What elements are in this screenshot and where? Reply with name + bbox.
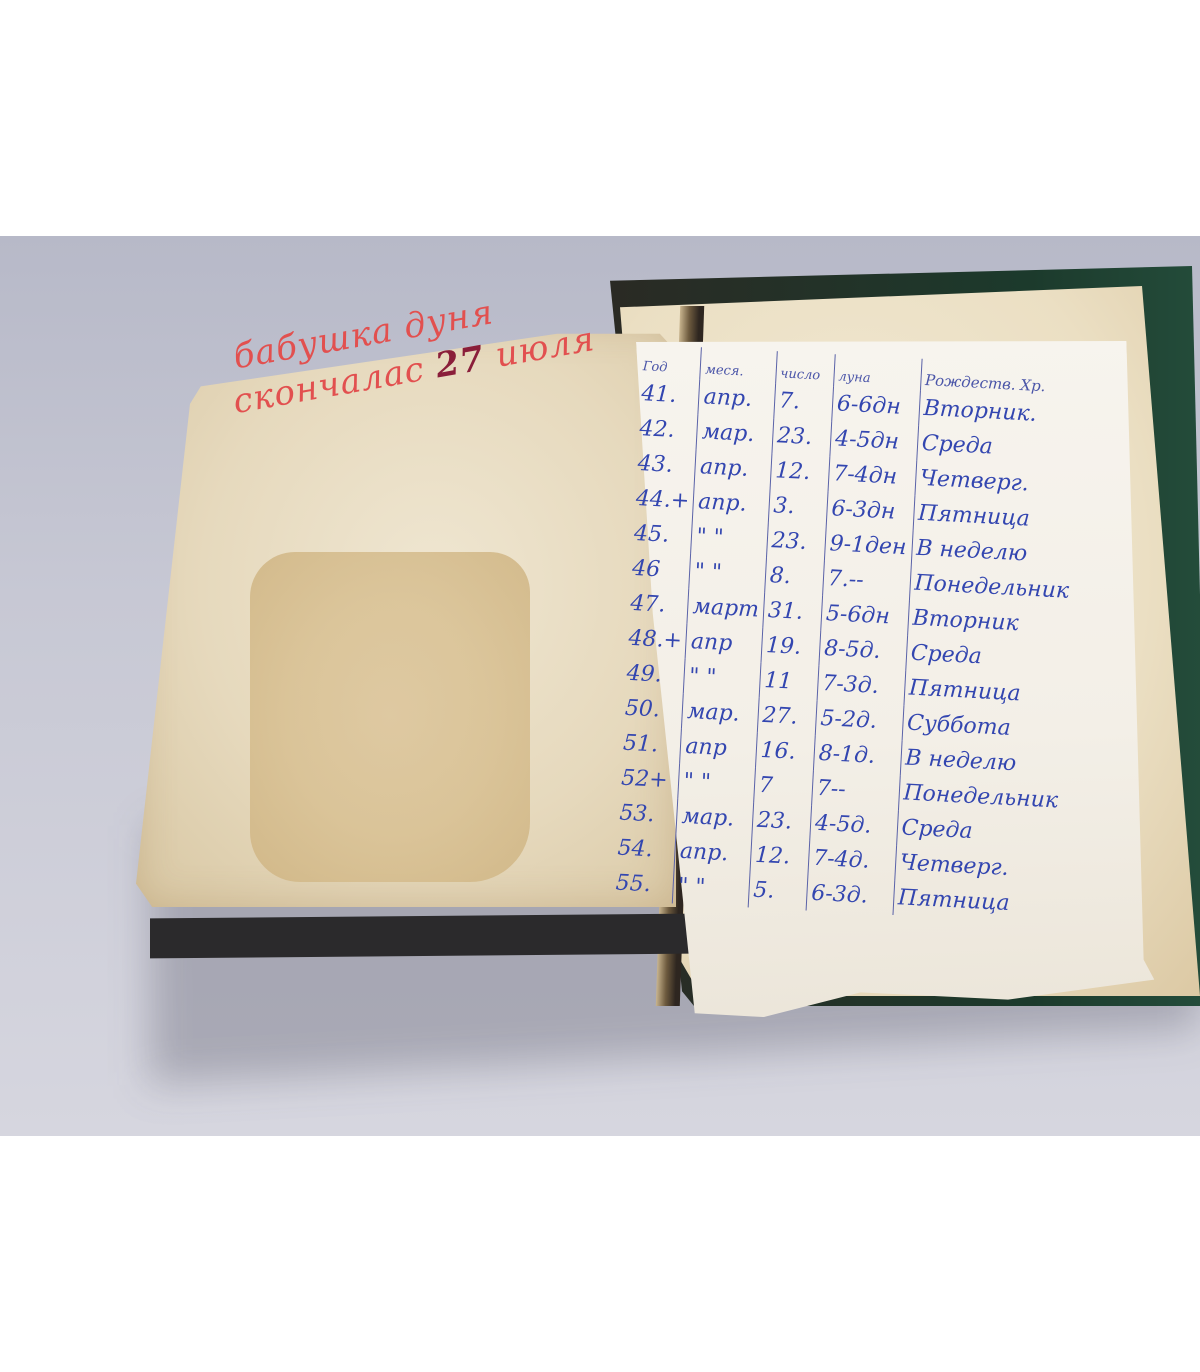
cell-moon: 4-5дн (830, 421, 918, 460)
cell-month: " " (673, 869, 750, 908)
cell-year: 54. (613, 830, 677, 868)
cell-moon: 8-1д. (813, 736, 901, 775)
note-day: 27 (432, 338, 488, 386)
cell-moon: 7-- (811, 771, 899, 810)
ledger-table: Год меся. число луна Рождеств. Хр. 41.ап… (611, 344, 1119, 925)
cell-year: 53. (615, 795, 679, 833)
header-day: число (775, 351, 835, 386)
cell-moon: 5-2д. (815, 701, 903, 740)
cell-year: 51. (618, 725, 682, 763)
cell-year: 47. (626, 586, 690, 624)
cell-month: " " (689, 554, 766, 593)
cell-moon: 7-4д. (808, 841, 896, 880)
cell-month: мар. (696, 414, 773, 453)
cell-moon: 6-3д. (806, 876, 894, 915)
ledger-body: 41.апр.7.6-6днВторник.42.мар.23.4-5днСре… (611, 376, 1118, 925)
cell-day: 23. (766, 523, 826, 561)
cell-day: 7. (774, 383, 834, 421)
cell-day: 23. (752, 803, 812, 841)
cell-year: 43. (633, 446, 697, 484)
cell-moon: 6-6дн (832, 386, 920, 425)
handwritten-easter-table: Год меся. число луна Рождеств. Хр. 41.ап… (611, 344, 1119, 925)
book-front-cover-edge (150, 914, 690, 959)
cell-year: 50. (620, 691, 684, 729)
cell-moon: 7-4дн (828, 456, 916, 495)
cell-month: " " (684, 659, 761, 698)
cell-day: 3. (768, 488, 828, 526)
cell-month: март (687, 589, 764, 628)
cell-year: 55. (611, 865, 675, 903)
cell-year: 44.+ (631, 481, 695, 519)
cell-year: 52+ (616, 760, 680, 798)
cell-year: 49. (622, 656, 686, 694)
cell-day: 12. (750, 838, 810, 876)
cell-day: 16. (755, 733, 815, 771)
cell-month: мар. (676, 799, 753, 838)
cell-month: " " (678, 764, 755, 803)
cell-year: 48.+ (624, 621, 688, 659)
cell-year: 42. (635, 411, 699, 449)
cell-month: апр. (698, 379, 775, 418)
cell-day: 19. (761, 628, 821, 666)
cell-month: " " (691, 519, 768, 558)
cell-day: 7 (753, 768, 813, 806)
cell-year: 45. (629, 516, 693, 554)
cell-month: апр. (675, 834, 752, 873)
cell-day: 23. (772, 418, 832, 456)
cell-month: апр (686, 624, 763, 663)
cell-month: апр. (695, 449, 772, 488)
cell-day: 31. (763, 593, 823, 631)
cell-year: 41. (636, 376, 700, 414)
cell-month: мар. (682, 694, 759, 733)
cell-moon: 4-5д. (810, 806, 898, 845)
cell-year: 46 (627, 551, 691, 589)
cell-day: 5. (748, 872, 808, 910)
cell-month: апр. (693, 484, 770, 523)
cell-day: 11 (759, 663, 819, 701)
header-moon: луна (833, 354, 921, 390)
photo: бабушка дуня скончалас 27 июля Год меся.… (0, 236, 1200, 1136)
cell-moon: 7-3д. (817, 666, 905, 705)
cell-day: 12. (770, 453, 830, 491)
header-month: меся. (700, 347, 777, 383)
cell-moon: 7.-- (822, 561, 910, 600)
cell-moon: 9-1ден (824, 526, 912, 565)
cell-day: 27. (757, 698, 817, 736)
cell-month: апр (680, 729, 757, 768)
cell-moon: 5-6дн (821, 596, 909, 635)
cell-moon: 6-3дн (826, 491, 914, 530)
page-stain (250, 552, 530, 882)
cell-moon: 8-5д. (819, 631, 907, 670)
cell-day: 8. (764, 558, 824, 596)
header-year: Год (638, 344, 702, 379)
